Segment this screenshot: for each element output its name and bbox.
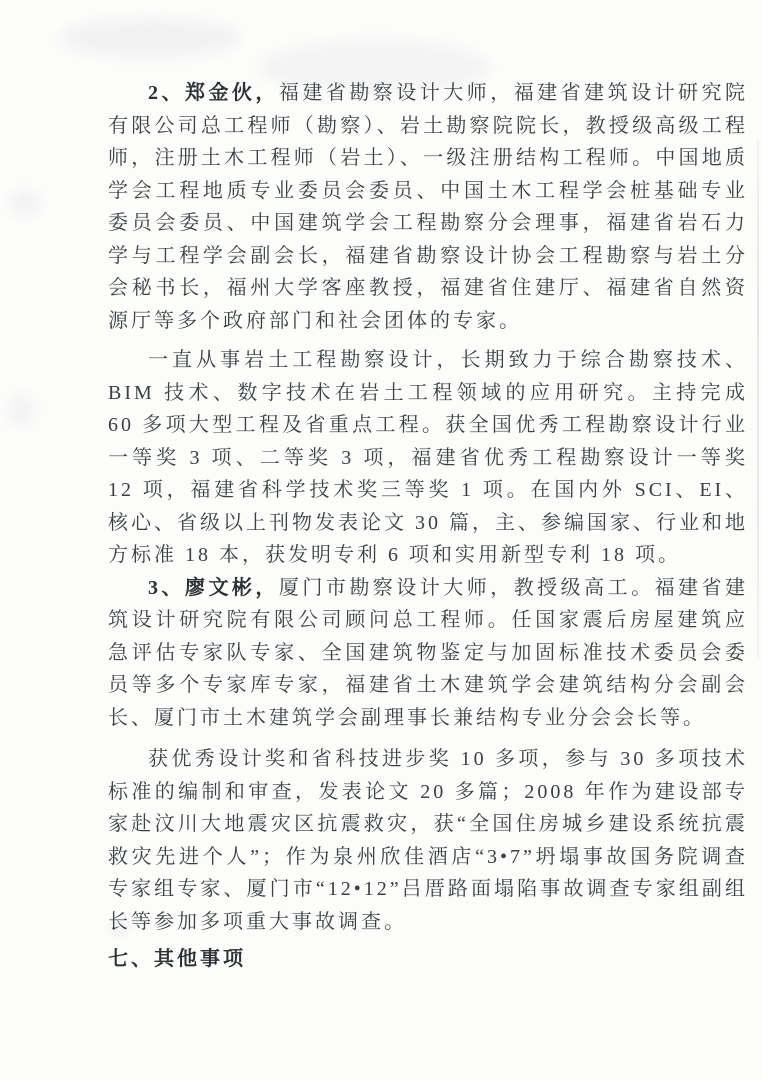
expert-zheng-jinhuo-achievements-text: 一直从事岩土工程勘察设计，长期致力于综合勘察技术、BIM 技术、数字技术在岩土工…: [108, 349, 748, 566]
expert-zheng-jinhuo-name-lead: 2、郑金伙，: [148, 82, 279, 104]
scan-bleed-artifact: [8, 395, 34, 425]
paragraph-expert-liao-wenbin-profile: 3、廖文彬，厦门市勘察设计大师，教授级高工。福建省建筑设计研究院有限公司顾问总工…: [108, 572, 748, 735]
paragraph-expert-zheng-jinhuo-achievements: 一直从事岩土工程勘察设计，长期致力于综合勘察技术、BIM 技术、数字技术在岩土工…: [108, 344, 748, 572]
expert-liao-wenbin-name-lead: 3、廖文彬，: [148, 577, 279, 599]
paragraph-expert-liao-wenbin-achievements: 获优秀设计奖和省科技进步奖 10 多项，参与 30 多项技术标准的编制和审查，发…: [108, 743, 748, 938]
scan-bleed-artifact: [60, 18, 240, 58]
expert-liao-wenbin-profile-text: 厦门市勘察设计大师，教授级高工。福建省建筑设计研究院有限公司顾问总工程师。任国家…: [108, 577, 748, 729]
expert-liao-wenbin-achievements-text: 获优秀设计奖和省科技进步奖 10 多项，参与 30 多项技术标准的编制和审查，发…: [108, 748, 748, 933]
scan-bleed-artifact: [10, 190, 40, 216]
document-page: 2、郑金伙，福建省勘察设计大师，福建省建筑设计研究院有限公司总工程师（勘察）、岩…: [0, 0, 763, 1080]
expert-zheng-jinhuo-profile-text: 福建省勘察设计大师，福建省建筑设计研究院有限公司总工程师（勘察）、岩土勘察院院长…: [108, 82, 748, 332]
scan-edge-shadow: [757, 140, 759, 660]
section-heading-other-matters: 七、其他事项: [108, 943, 748, 976]
paragraph-expert-zheng-jinhuo-profile: 2、郑金伙，福建省勘察设计大师，福建省建筑设计研究院有限公司总工程师（勘察）、岩…: [108, 77, 748, 337]
document-body: 2、郑金伙，福建省勘察设计大师，福建省建筑设计研究院有限公司总工程师（勘察）、岩…: [108, 77, 748, 976]
